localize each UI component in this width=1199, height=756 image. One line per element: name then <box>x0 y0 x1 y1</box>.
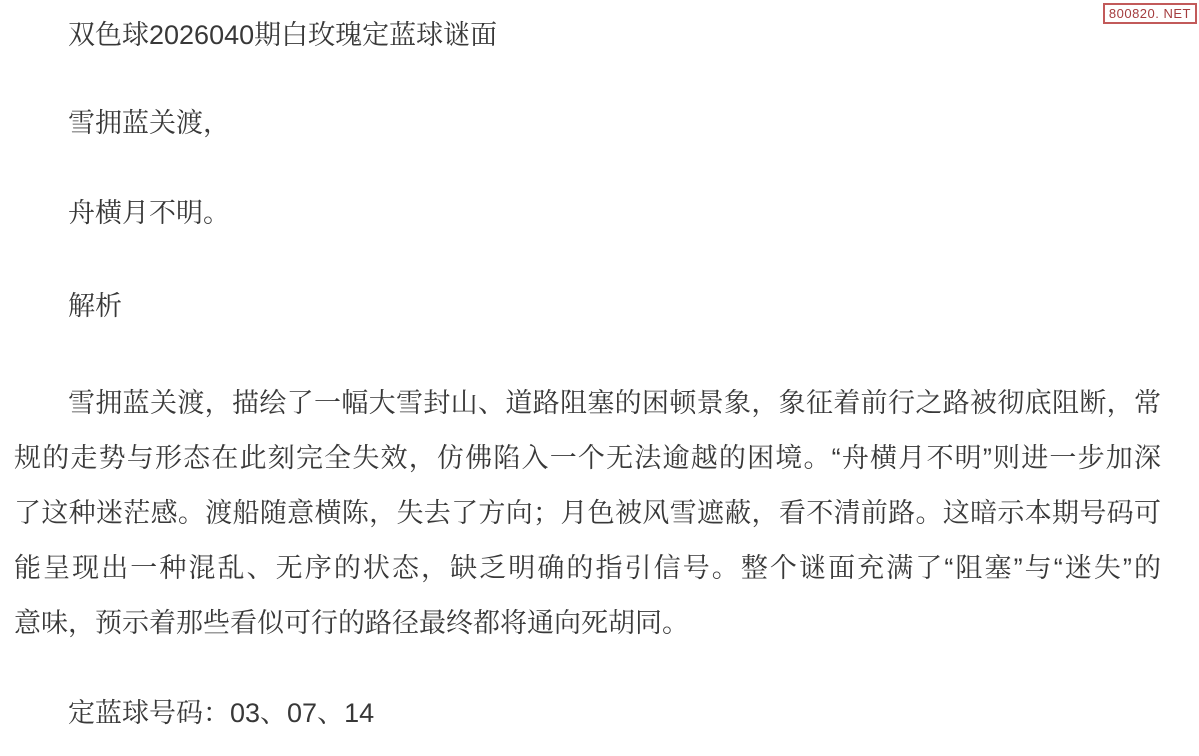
site-watermark-badge: 800820. NET <box>1103 3 1197 24</box>
analysis-line: 能呈现出一种混乱、无序的状态，缺乏明确的指引信号。整个谜面充满了“阻塞”与“迷失… <box>14 541 1161 596</box>
analysis-paragraph: 雪拥蓝关渡，描绘了一幅大雪封山、道路阻塞的困顿景象，象征着前行之路被彻底阻断，常… <box>14 376 1161 651</box>
article-page: 800820. NET 双色球2026040期白玫瑰定蓝球谜面 雪拥蓝关渡， 舟… <box>0 0 1199 756</box>
analysis-line: 了这种迷茫感。渡船随意横陈，失去了方向；月色被风雪遮蔽，看不清前路。这暗示本期号… <box>14 486 1161 541</box>
analysis-line: 雪拥蓝关渡，描绘了一幅大雪封山、道路阻塞的困顿景象，象征着前行之路被彻底阻断，常 <box>14 376 1161 431</box>
poem-line-1: 雪拥蓝关渡， <box>14 96 1161 151</box>
analysis-line: 规的走势与形态在此刻完全失效，仿佛陷入一个无法逾越的困境。“舟横月不明”则进一步… <box>14 431 1161 486</box>
article-title: 双色球2026040期白玫瑰定蓝球谜面 <box>14 8 1161 63</box>
result-line: 定蓝球号码：03、07、14 <box>14 686 1161 741</box>
analysis-line: 意味，预示着那些看似可行的路径最终都将通向死胡同。 <box>14 596 1161 651</box>
section-heading-analysis: 解析 <box>14 279 1161 334</box>
poem-line-2: 舟横月不明。 <box>14 186 1161 241</box>
